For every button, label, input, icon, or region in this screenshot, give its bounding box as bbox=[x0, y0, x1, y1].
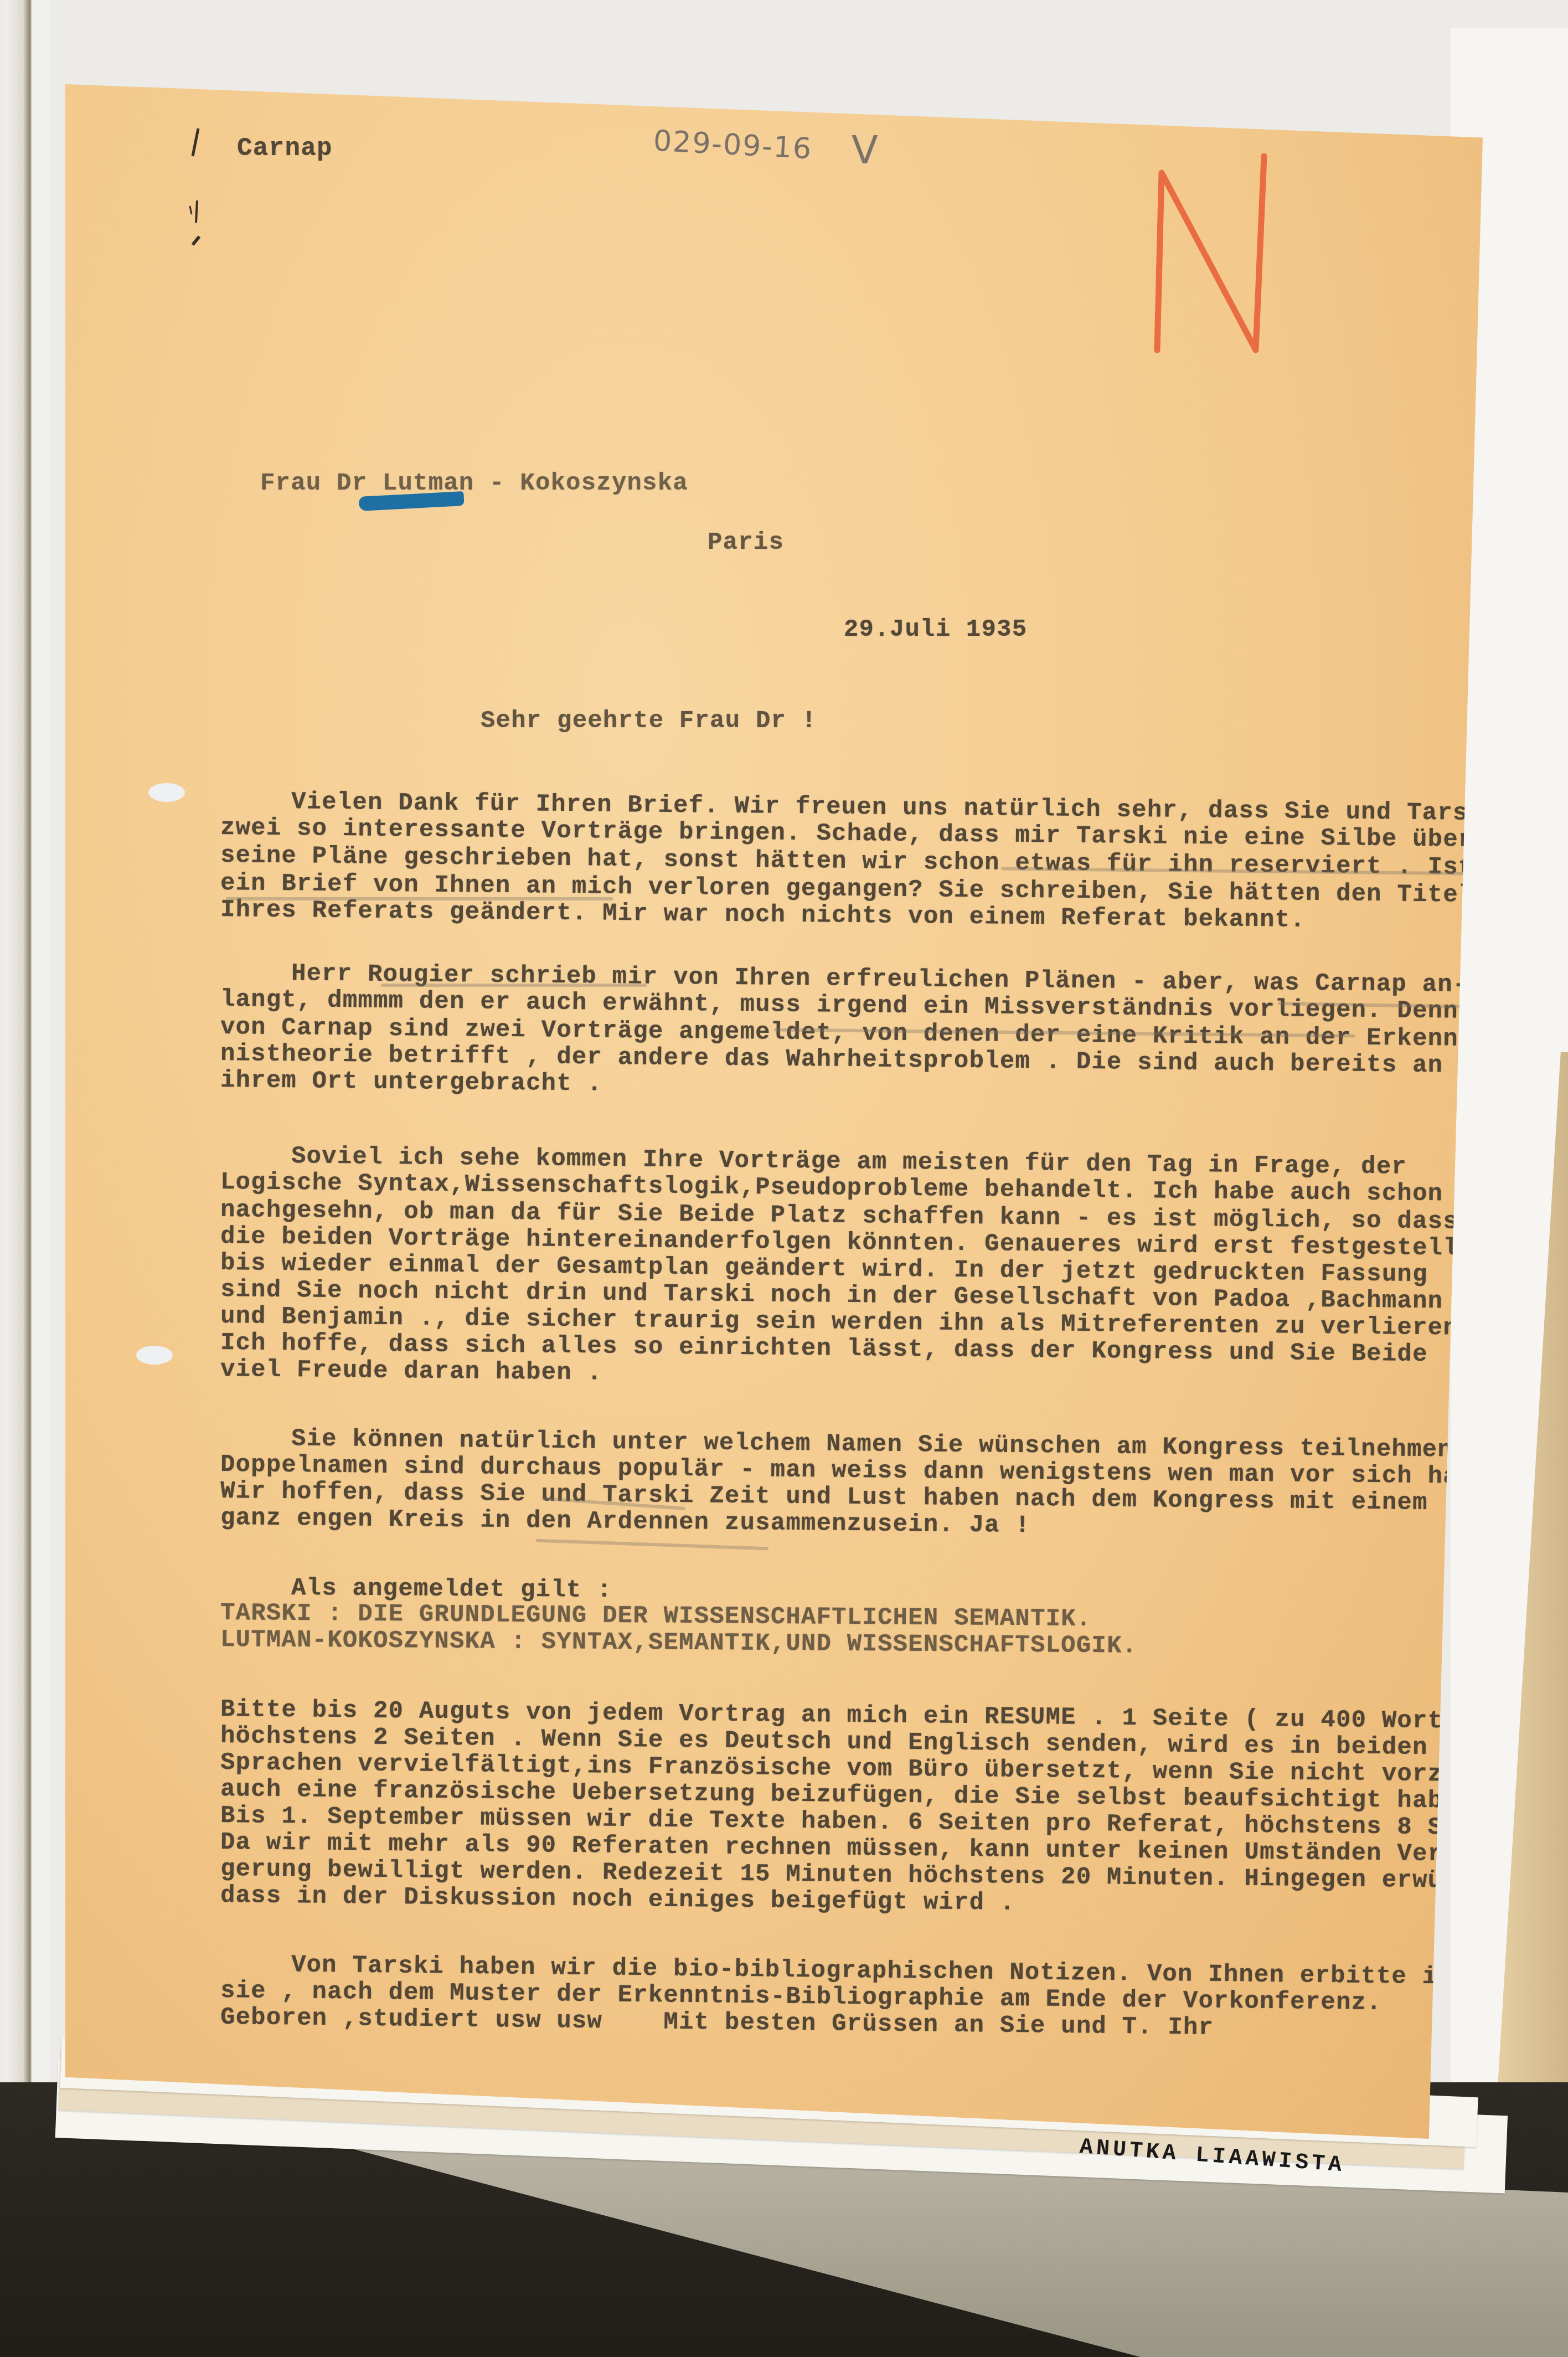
salutation: Sehr geehrte Frau Dr ! bbox=[481, 707, 817, 735]
registration-lutman: LUTMAN-KOKOSZYNSKA : SYNTAX,SEMANTIK,UND… bbox=[220, 1626, 1138, 1660]
addressee: Frau Dr Lutman - Kokoszynska bbox=[260, 470, 688, 497]
pencil-underline bbox=[226, 897, 613, 900]
header-tag: Carnap bbox=[237, 134, 333, 163]
paragraph-3-line: viel Freude daran haben . bbox=[220, 1356, 603, 1387]
margin-tick-marks bbox=[176, 117, 209, 284]
city: Paris bbox=[708, 529, 784, 557]
pencil-underline bbox=[536, 1539, 768, 1551]
punch-hole-bottom bbox=[136, 1346, 173, 1365]
pencil-underline bbox=[381, 984, 647, 987]
binder-rail bbox=[6, 0, 50, 2104]
pencil-check-mark: V bbox=[852, 127, 879, 173]
date: 29.Juli 1935 bbox=[844, 616, 1027, 644]
letter-sheet: Carnap 029-09-16 V Frau Dr Lutman - Koko… bbox=[65, 84, 1483, 2139]
archive-number: 029-09-16 bbox=[653, 125, 813, 166]
paragraph-2-line: ihrem Ort untergebracht . bbox=[220, 1067, 603, 1098]
red-letter-n-mark bbox=[1145, 151, 1289, 361]
punch-hole-top bbox=[148, 783, 185, 802]
